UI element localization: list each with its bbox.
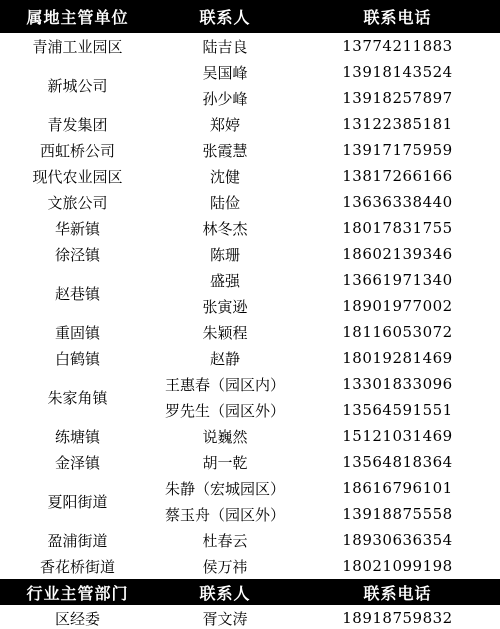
unit-cell: 青发集团 [0, 111, 155, 137]
table-row: 西虹桥公司张霞慧13917175959 [0, 137, 500, 163]
table2-header-department: 行业主管部门 [0, 579, 155, 605]
contact-phone-cell: 13918143524 [295, 59, 500, 85]
contact-phone-cell: 18616796101 [295, 475, 500, 501]
table2-header-row: 行业主管部门 联系人 联系电话 [0, 579, 500, 605]
contact-phone-cell: 18116053072 [295, 319, 500, 345]
table1-header-unit: 属地主管单位 [0, 0, 155, 33]
contact-name-cell: 张霞慧 [155, 137, 295, 163]
contact-name-cell: 朱颖程 [155, 319, 295, 345]
contact-name-cell: 朱静（宏城园区） [155, 475, 295, 501]
unit-cell: 徐泾镇 [0, 241, 155, 267]
table-row: 白鹤镇赵静18019281469 [0, 345, 500, 371]
table-row: 新城公司吴国峰13918143524 [0, 59, 500, 85]
contact-phone-cell: 13636338440 [295, 189, 500, 215]
unit-cell: 新城公司 [0, 59, 155, 111]
contact-name-cell: 杜春云 [155, 527, 295, 553]
unit-cell: 文旅公司 [0, 189, 155, 215]
contact-name-cell: 林冬杰 [155, 215, 295, 241]
unit-cell: 赵巷镇 [0, 267, 155, 319]
unit-cell: 现代农业园区 [0, 163, 155, 189]
contact-name-cell: 郑婷 [155, 111, 295, 137]
contact-phone-cell: 13301833096 [295, 371, 500, 397]
table2-header-phone: 联系电话 [295, 579, 500, 605]
unit-cell: 金泽镇 [0, 449, 155, 475]
contact-phone-cell: 18901977002 [295, 293, 500, 319]
table1-header-row: 属地主管单位 联系人 联系电话 [0, 0, 500, 33]
contact-phone-cell: 13122385181 [295, 111, 500, 137]
contact-phone-cell: 18930636354 [295, 527, 500, 553]
contact-phone-cell: 18602139346 [295, 241, 500, 267]
table2-body: 区经委胥文涛18918759832 [0, 605, 500, 629]
table-row: 朱家角镇王惠春（园区内）13301833096 [0, 371, 500, 397]
contact-phone-cell: 18918759832 [295, 605, 500, 629]
table1-header-phone: 联系电话 [295, 0, 500, 33]
contact-name-cell: 罗先生（园区外） [155, 397, 295, 423]
contact-name-cell: 侯万祎 [155, 553, 295, 579]
contact-phone-cell: 13774211883 [295, 33, 500, 59]
table-row: 青浦工业园区陆吉良13774211883 [0, 33, 500, 59]
contact-phone-cell: 13917175959 [295, 137, 500, 163]
table-row: 盈浦街道杜春云18930636354 [0, 527, 500, 553]
contact-phone-cell: 13817266166 [295, 163, 500, 189]
contact-phone-cell: 18021099198 [295, 553, 500, 579]
industry-authority-contact-table: 行业主管部门 联系人 联系电话 区经委胥文涛18918759832 [0, 579, 500, 629]
unit-cell: 重固镇 [0, 319, 155, 345]
contact-phone-cell: 13918257897 [295, 85, 500, 111]
table-row: 徐泾镇陈珊18602139346 [0, 241, 500, 267]
unit-cell: 盈浦街道 [0, 527, 155, 553]
unit-cell: 华新镇 [0, 215, 155, 241]
table-row: 华新镇林冬杰18017831755 [0, 215, 500, 241]
table-row: 赵巷镇盛强13661971340 [0, 267, 500, 293]
table-row: 香花桥街道侯万祎18021099198 [0, 553, 500, 579]
unit-cell: 香花桥街道 [0, 553, 155, 579]
contact-name-cell: 赵静 [155, 345, 295, 371]
table-row: 重固镇朱颖程18116053072 [0, 319, 500, 345]
unit-cell: 白鹤镇 [0, 345, 155, 371]
table-row: 夏阳街道朱静（宏城园区）18616796101 [0, 475, 500, 501]
table-row: 区经委胥文涛18918759832 [0, 605, 500, 629]
contact-name-cell: 陆吉良 [155, 33, 295, 59]
unit-cell: 青浦工业园区 [0, 33, 155, 59]
contact-phone-cell: 13564591551 [295, 397, 500, 423]
contact-name-cell: 孙少峰 [155, 85, 295, 111]
table-row: 现代农业园区沈健13817266166 [0, 163, 500, 189]
table-row: 练塘镇说巍然15121031469 [0, 423, 500, 449]
contact-name-cell: 陈珊 [155, 241, 295, 267]
contact-name-cell: 盛强 [155, 267, 295, 293]
table-row: 文旅公司陆俭13636338440 [0, 189, 500, 215]
unit-cell: 朱家角镇 [0, 371, 155, 423]
table-row: 金泽镇胡一乾13564818364 [0, 449, 500, 475]
page: 属地主管单位 联系人 联系电话 青浦工业园区陆吉良13774211883新城公司… [0, 0, 500, 629]
contact-name-cell: 胥文涛 [155, 605, 295, 629]
contact-phone-cell: 13918875558 [295, 501, 500, 527]
contact-phone-cell: 13564818364 [295, 449, 500, 475]
contact-name-cell: 沈健 [155, 163, 295, 189]
contact-name-cell: 张寅逊 [155, 293, 295, 319]
unit-cell: 区经委 [0, 605, 155, 629]
unit-cell: 夏阳街道 [0, 475, 155, 527]
local-authority-contact-table: 属地主管单位 联系人 联系电话 青浦工业园区陆吉良13774211883新城公司… [0, 0, 500, 579]
table2-header-contact: 联系人 [155, 579, 295, 605]
contact-phone-cell: 18017831755 [295, 215, 500, 241]
contact-phone-cell: 15121031469 [295, 423, 500, 449]
contact-phone-cell: 18019281469 [295, 345, 500, 371]
contact-name-cell: 蔡玉舟（园区外） [155, 501, 295, 527]
table1-body: 青浦工业园区陆吉良13774211883新城公司吴国峰13918143524孙少… [0, 33, 500, 579]
unit-cell: 西虹桥公司 [0, 137, 155, 163]
table1-header-contact: 联系人 [155, 0, 295, 33]
contact-name-cell: 吴国峰 [155, 59, 295, 85]
contact-name-cell: 说巍然 [155, 423, 295, 449]
contact-name-cell: 胡一乾 [155, 449, 295, 475]
contact-name-cell: 王惠春（园区内） [155, 371, 295, 397]
contact-sheet: { "colors": { "header_bg": "#000000", "h… [0, 0, 500, 629]
unit-cell: 练塘镇 [0, 423, 155, 449]
contact-phone-cell: 13661971340 [295, 267, 500, 293]
table-row: 青发集团郑婷13122385181 [0, 111, 500, 137]
contact-name-cell: 陆俭 [155, 189, 295, 215]
